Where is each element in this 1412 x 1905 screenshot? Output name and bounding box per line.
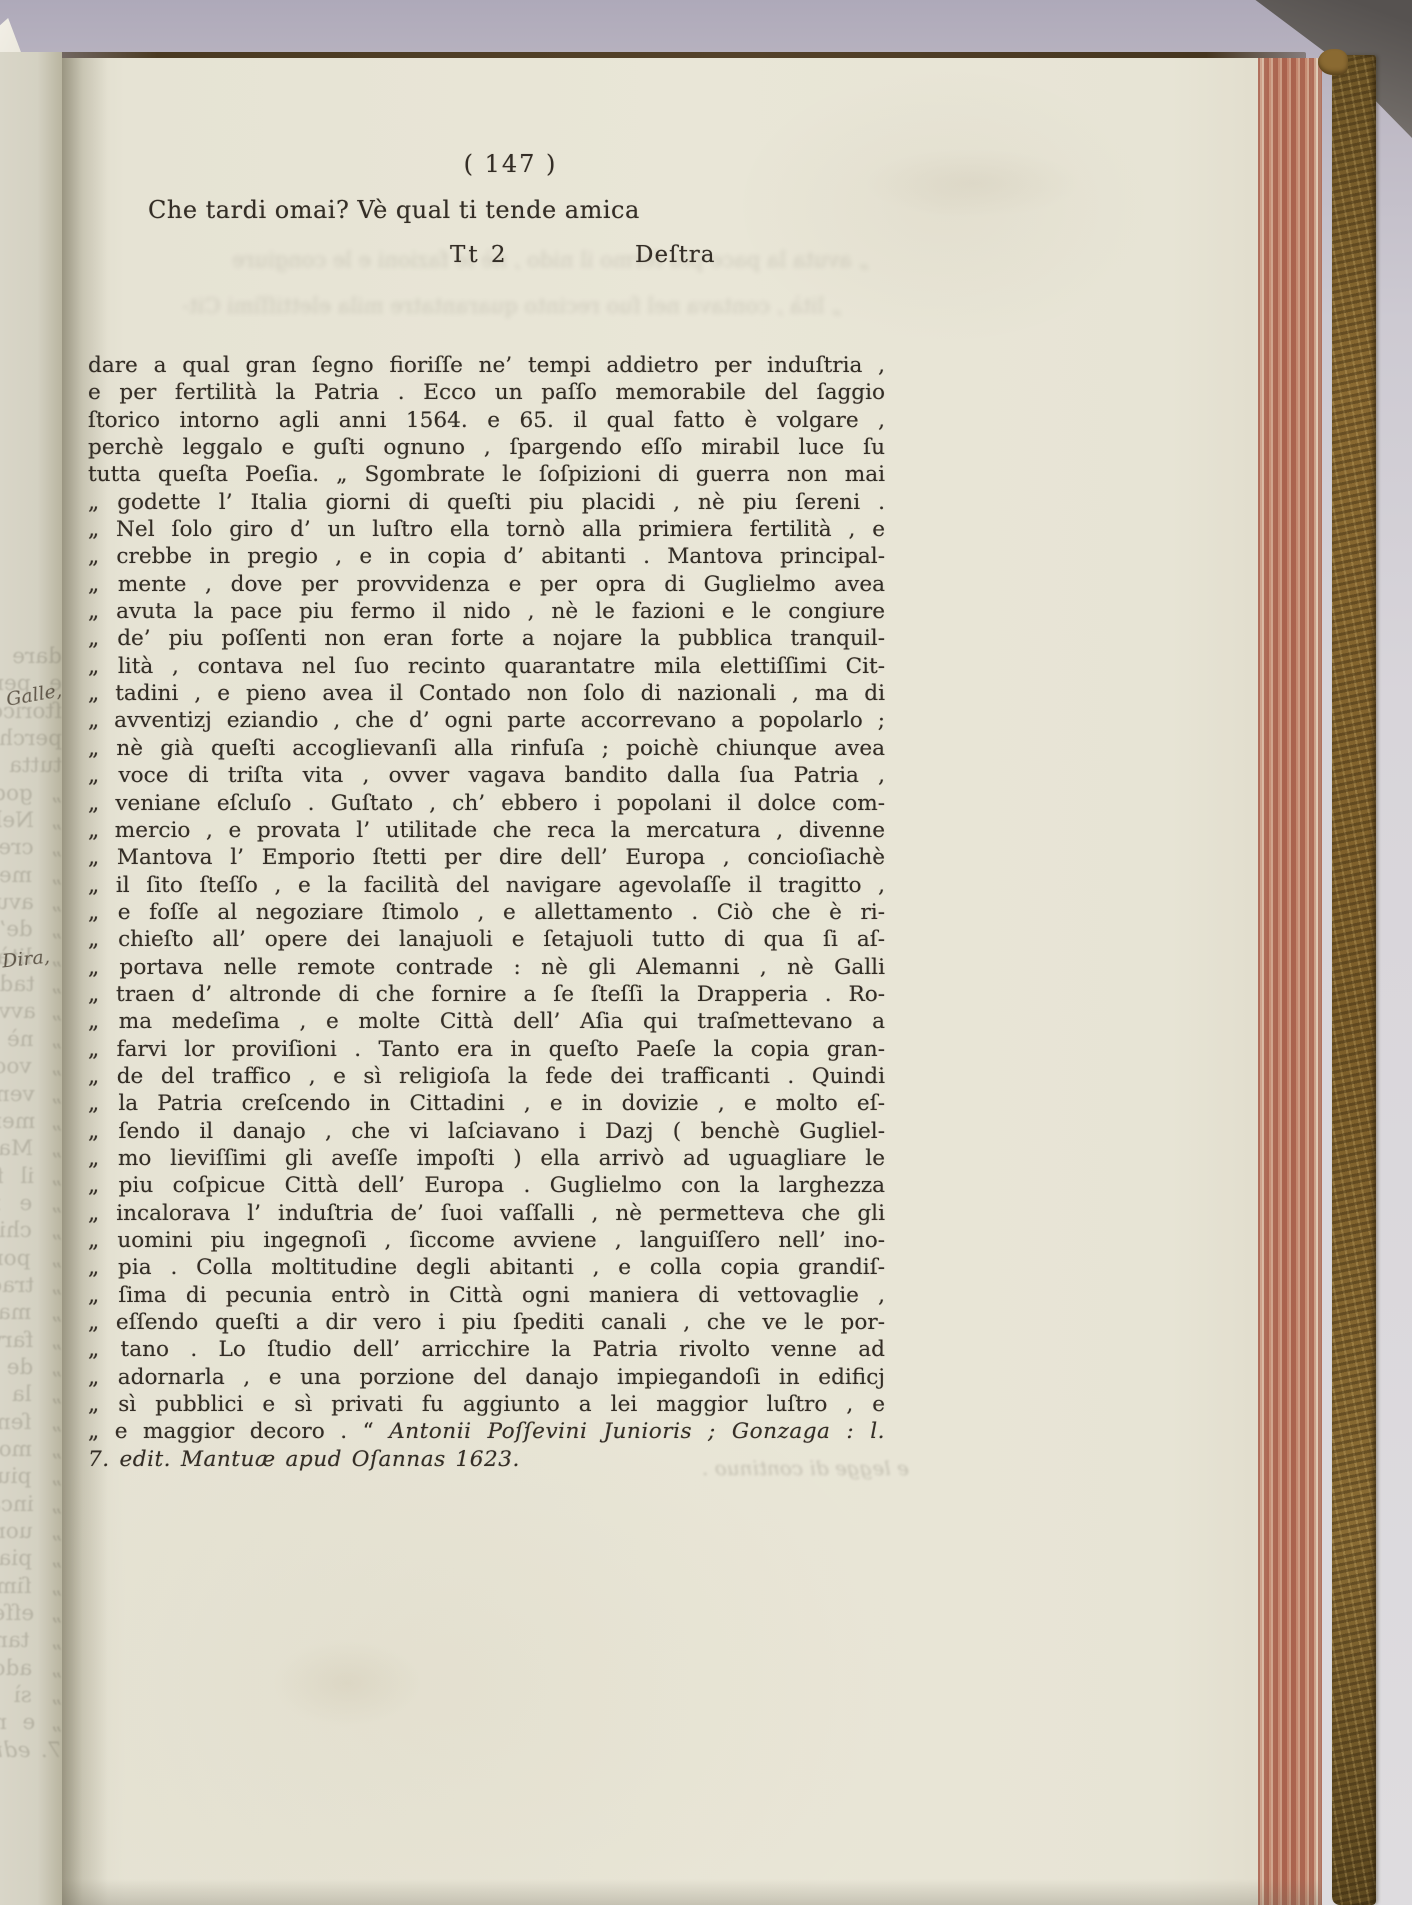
text-segment: „ veniane eſcluſo . Guſtato , ch’ ebbero… <box>0 1082 62 1107</box>
text-line: „ la Patria creſcendo in Cittadini , e i… <box>88 1090 885 1117</box>
page-number: ( 147 ) <box>88 150 909 178</box>
text-segment: „ crebbe in pregio , e in copia d’ abita… <box>0 835 62 860</box>
text-segment: „ mo lieviſſimi gli aveſſe impoſti ) ell… <box>88 1146 885 1171</box>
leather-board-edge <box>1332 55 1376 1905</box>
text-line: „ crebbe in pregio , e in copia d’ abita… <box>88 543 885 570</box>
text-segment: „ uomini piu ingegnoſi , ſiccome avviene… <box>0 1519 62 1544</box>
text-line: „ adornarla , e una porzione del danajo … <box>0 1655 62 1682</box>
text-line: ſtorico intorno agli anni 1564. e 65. il… <box>88 407 885 434</box>
text-segment: „ tano . Lo ſtudio dell’ arricchire la P… <box>88 1337 885 1362</box>
text-segment: „ crebbe in pregio , e in copia d’ abita… <box>88 544 885 569</box>
text-line: „ mo lieviſſimi gli aveſſe impoſti ) ell… <box>0 1436 62 1463</box>
text-line: „ nè già queſti accoglievanſi alla rinfu… <box>88 735 885 762</box>
text-line: „ avventizj eziandio , che d’ ogni parte… <box>0 998 62 1025</box>
text-segment: „ il ſito ſteſſo , e la facilità del nav… <box>88 873 885 898</box>
text-segment: „ adornarla , e una porzione del danajo … <box>88 1365 885 1390</box>
text-segment: „ e maggior decoro . “ <box>88 1419 389 1444</box>
text-line: „ tano . Lo ſtudio dell’ arricchire la P… <box>0 1627 62 1654</box>
book-page: „ avuta la pace piu fermo il nido , nè l… <box>62 58 1322 1905</box>
text-line: tutta queſta Poeſia. „ Sgombrate le ſoſp… <box>88 461 885 488</box>
text-line: „ godette l’ Italia giorni di queſti piu… <box>88 489 885 516</box>
text-line: „ avuta la pace piu fermo il nido , nè l… <box>0 889 62 916</box>
text-line: „ mente , dove per provvidenza e per opr… <box>0 862 62 889</box>
text-segment: „ adornarla , e una porzione del danajo … <box>0 1656 62 1681</box>
text-line: „ godette l’ Italia giorni di queſti piu… <box>0 780 62 807</box>
text-line: „ portava nelle remote contrade : nè gli… <box>88 954 885 981</box>
text-segment: „ avuta la pace piu fermo il nido , nè l… <box>88 599 885 624</box>
text-segment: „ tadini , e pieno avea il Contado non ſ… <box>88 681 885 706</box>
text-line: „ pia . Colla moltitudine degli abitanti… <box>0 1545 62 1572</box>
citation-text: 7. edit. Mantuæ apud Oſannas 1623. <box>88 1447 520 1472</box>
text-segment: tutta queſta Poeſia. „ Sgombrate le ſoſp… <box>0 753 62 778</box>
text-segment: „ nè già queſti accoglievanſi alla rinfu… <box>88 736 885 761</box>
text-segment: „ sì pubblici e sì privati fu aggiunto a… <box>88 1392 885 1417</box>
text-line: „ e maggior decoro . “ Antonii Poſſevini… <box>0 1709 62 1736</box>
text-line: „ ſendo il danajo , che vi laſciavano i … <box>88 1118 885 1145</box>
citation-text: Antonii Poſſevini Junioris ; Gonzaga : l… <box>389 1419 885 1444</box>
text-line: „ e foſſe al negoziare ſtimolo , e allet… <box>88 899 885 926</box>
text-segment: dare a qual gran ſegno fioriſſe ne’ temp… <box>0 644 62 669</box>
text-line: „ farvi lor proviſioni . Tanto era in qu… <box>0 1327 62 1354</box>
text-line: „ Mantova l’ Emporio ſtetti per dire del… <box>0 1135 62 1162</box>
text-line: „ voce di triſta vita , ovver vagava ban… <box>88 762 885 789</box>
text-segment: „ incalorava l’ induſtria de’ ſuoi vaſſa… <box>88 1201 885 1226</box>
text-line: „ traen d’ altronde di che fornire a ſe … <box>88 981 885 1008</box>
text-segment: „ mercio , e provata l’ utilitade che re… <box>0 1109 62 1134</box>
text-line: „ eſſendo queſti a dir vero i piu ſpedit… <box>0 1600 62 1627</box>
text-line: dare a qual gran ſegno fioriſſe ne’ temp… <box>0 643 62 670</box>
text-line: „ chieſto all’ opere dei lanajuoli e ſet… <box>88 926 885 953</box>
text-line: „ de’ piu poſſenti non eran forte a noja… <box>0 916 62 943</box>
text-segment: „ piu coſpicue Città dell’ Europa . Gugl… <box>88 1173 885 1198</box>
text-segment: „ pia . Colla moltitudine degli abitanti… <box>0 1546 62 1571</box>
text-segment: „ portava nelle remote contrade : nè gli… <box>0 1246 62 1271</box>
bleedthrough-text: „ lità , contava nel ſuo recinto quarant… <box>182 294 842 318</box>
citation-text: 7. edit. Mantuæ apud Oſannas 1623. <box>0 1738 62 1763</box>
text-line: perchè leggalo e guſti ognuno , ſpargend… <box>0 725 62 752</box>
text-line: „ adornarla , e una porzione del danajo … <box>88 1364 885 1391</box>
text-line: „ il ſito ſteſſo , e la facilità del nav… <box>88 872 885 899</box>
text-segment: „ traen d’ altronde di che fornire a ſe … <box>88 982 885 1007</box>
text-line: tutta queſta Poeſia. „ Sgombrate le ſoſp… <box>0 752 62 779</box>
text-segment: „ eſſendo queſti a dir vero i piu ſpedit… <box>88 1310 885 1335</box>
text-segment: „ godette l’ Italia giorni di queſti piu… <box>88 490 885 515</box>
text-line: „ mercio , e provata l’ utilitade che re… <box>0 1108 62 1135</box>
text-segment: „ traen d’ altronde di che fornire a ſe … <box>0 1273 62 1298</box>
text-segment: „ de’ piu poſſenti non eran forte a noja… <box>0 917 62 942</box>
text-segment: „ de del traffico , e sì religioſa la fe… <box>88 1064 885 1089</box>
text-line: „ veniane eſcluſo . Guſtato , ch’ ebbero… <box>0 1081 62 1108</box>
text-segment: „ tadini , e pieno avea il Contado non ſ… <box>0 972 62 997</box>
text-segment: „ chieſto all’ opere dei lanajuoli e ſet… <box>0 1218 62 1243</box>
text-line: „ uomini piu ingegnoſi , ſiccome avviene… <box>88 1227 885 1254</box>
text-line: „ mente , dove per provvidenza e per opr… <box>88 571 885 598</box>
text-line: „ ſima di pecunia entrò in Città ogni ma… <box>0 1573 62 1600</box>
text-line: „ tano . Lo ſtudio dell’ arricchire la P… <box>88 1336 885 1363</box>
text-line: 7. edit. Mantuæ apud Oſannas 1623. <box>0 1737 62 1764</box>
text-line: perchè leggalo e guſti ognuno , ſpargend… <box>88 434 885 461</box>
text-segment: „ sì pubblici e sì privati fu aggiunto a… <box>0 1683 62 1708</box>
text-line: „ mercio , e provata l’ utilitade che re… <box>88 817 885 844</box>
text-line: „ ſendo il danajo , che vi laſciavano i … <box>0 1409 62 1436</box>
text-line: „ avuta la pace piu fermo il nido , nè l… <box>88 598 885 625</box>
text-segment: „ avuta la pace piu fermo il nido , nè l… <box>0 890 62 915</box>
text-segment: perchè leggalo e guſti ognuno , ſpargend… <box>0 726 62 751</box>
text-segment: „ ma medeſima , e molte Città dell’ Aſia… <box>0 1300 62 1325</box>
text-segment: „ portava nelle remote contrade : nè gli… <box>88 955 885 980</box>
text-line: „ sì pubblici e sì privati fu aggiunto a… <box>88 1391 885 1418</box>
text-segment: „ la Patria creſcendo in Cittadini , e i… <box>88 1091 885 1116</box>
book-photo: { "page": { "number_display": "( 147 )",… <box>0 0 1412 1905</box>
text-line: „ e foſſe al negoziare ſtimolo , e allet… <box>0 1190 62 1217</box>
text-segment: „ mo lieviſſimi gli aveſſe impoſti ) ell… <box>0 1437 62 1462</box>
text-line: „ incalorava l’ induſtria de’ ſuoi vaſſa… <box>88 1200 885 1227</box>
text-line: e per fertilità la Patria . Ecco un paſſ… <box>88 379 885 406</box>
text-segment: „ e foſſe al negoziare ſtimolo , e allet… <box>88 900 885 925</box>
text-line: „ Mantova l’ Emporio ſtetti per dire del… <box>88 844 885 871</box>
text-segment: „ pia . Colla moltitudine degli abitanti… <box>88 1255 885 1280</box>
text-line: „ pia . Colla moltitudine degli abitanti… <box>88 1254 885 1281</box>
text-line: „ la Patria creſcendo in Cittadini , e i… <box>0 1381 62 1408</box>
text-line: „ avventizj eziandio , che d’ ogni parte… <box>88 707 885 734</box>
text-line: „ portava nelle remote contrade : nè gli… <box>0 1245 62 1272</box>
text-line: „ Nel ſolo giro d’ un luſtro ella tornò … <box>0 807 62 834</box>
text-segment: „ ſendo il danajo , che vi laſciavano i … <box>0 1410 62 1435</box>
text-line: „ crebbe in pregio , e in copia d’ abita… <box>0 834 62 861</box>
text-line: „ e maggior decoro . “ Antonii Poſſevini… <box>88 1418 885 1445</box>
facing-page-sliver: dare a qual gran ſegno fioriſſe ne’ temp… <box>0 52 62 1905</box>
fore-edge-pages <box>1258 58 1322 1905</box>
text-segment: „ voce di triſta vita , ovver vagava ban… <box>0 1054 62 1079</box>
text-segment: e per fertilità la Patria . Ecco un paſſ… <box>88 380 885 405</box>
text-segment: „ ſima di pecunia entrò in Città ogni ma… <box>0 1574 62 1599</box>
text-segment: „ de’ piu poſſenti non eran forte a noja… <box>88 626 885 651</box>
text-line: „ eſſendo queſti a dir vero i piu ſpedit… <box>88 1309 885 1336</box>
text-segment: „ lità , contava nel ſuo recinto quarant… <box>88 654 885 679</box>
text-line: „ mo lieviſſimi gli aveſſe impoſti ) ell… <box>88 1145 885 1172</box>
text-segment: „ Mantova l’ Emporio ſtetti per dire del… <box>88 845 885 870</box>
text-line: „ incalorava l’ induſtria de’ ſuoi vaſſa… <box>0 1491 62 1518</box>
text-segment: „ Mantova l’ Emporio ſtetti per dire del… <box>0 1136 62 1161</box>
text-line: „ farvi lor proviſioni . Tanto era in qu… <box>88 1036 885 1063</box>
text-line: „ ma medeſima , e molte Città dell’ Aſia… <box>88 1008 885 1035</box>
text-segment: „ piu coſpicue Città dell’ Europa . Gugl… <box>0 1464 62 1489</box>
text-segment: dare a qual gran ſegno fioriſſe ne’ temp… <box>88 353 885 378</box>
text-segment: „ uomini piu ingegnoſi , ſiccome avviene… <box>88 1228 885 1253</box>
text-segment: „ veniane eſcluſo . Guſtato , ch’ ebbero… <box>88 791 885 816</box>
text-segment: „ godette l’ Italia giorni di queſti piu… <box>0 781 62 806</box>
text-segment: „ de del traffico , e sì religioſa la fe… <box>0 1355 62 1380</box>
text-segment: „ mente , dove per provvidenza e per opr… <box>88 572 885 597</box>
text-segment: „ incalorava l’ induſtria de’ ſuoi vaſſa… <box>0 1492 62 1517</box>
text-segment: „ Nel ſolo giro d’ un luſtro ella tornò … <box>0 808 62 833</box>
verse-line: Che tardi omai? Vè qual ti tende amica <box>148 196 640 224</box>
text-line: „ veniane eſcluſo . Guſtato , ch’ ebbero… <box>88 790 885 817</box>
text-segment: „ farvi lor proviſioni . Tanto era in qu… <box>0 1328 62 1353</box>
text-line: „ sì pubblici e sì privati fu aggiunto a… <box>0 1682 62 1709</box>
text-segment: „ ſendo il danajo , che vi laſciavano i … <box>88 1119 885 1144</box>
text-segment: „ chieſto all’ opere dei lanajuoli e ſet… <box>88 927 885 952</box>
text-line: „ de del traffico , e sì religioſa la fe… <box>0 1354 62 1381</box>
text-segment: „ farvi lor proviſioni . Tanto era in qu… <box>88 1037 885 1062</box>
text-segment: „ mente , dove per provvidenza e per opr… <box>0 863 62 888</box>
text-line: „ piu coſpicue Città dell’ Europa . Gugl… <box>0 1463 62 1490</box>
text-line: 7. edit. Mantuæ apud Oſannas 1623. <box>88 1446 885 1473</box>
text-line: „ uomini piu ingegnoſi , ſiccome avviene… <box>0 1518 62 1545</box>
text-line: „ traen d’ altronde di che fornire a ſe … <box>0 1272 62 1299</box>
text-segment: perchè leggalo e guſti ognuno , ſpargend… <box>88 435 885 460</box>
text-segment: „ e maggior decoro . “ <box>0 1710 62 1735</box>
text-line: „ piu coſpicue Città dell’ Europa . Gugl… <box>88 1172 885 1199</box>
text-line: „ nè già queſti accoglievanſi alla rinfu… <box>0 1026 62 1053</box>
text-line: „ tadini , e pieno avea il Contado non ſ… <box>0 971 62 998</box>
text-line: „ voce di triſta vita , ovver vagava ban… <box>0 1053 62 1080</box>
text-segment: „ eſſendo queſti a dir vero i piu ſpedit… <box>0 1601 62 1626</box>
text-segment: „ nè già queſti accoglievanſi alla rinfu… <box>0 1027 62 1052</box>
text-segment: „ mercio , e provata l’ utilitade che re… <box>88 818 885 843</box>
text-line: „ de’ piu poſſenti non eran forte a noja… <box>88 625 885 652</box>
bleedthrough-text: „ avuta la pace piu fermo il nido , nè l… <box>232 248 869 272</box>
text-segment: „ ſima di pecunia entrò in Città ogni ma… <box>88 1283 885 1308</box>
text-segment: „ avventizj eziandio , che d’ ogni parte… <box>0 999 62 1024</box>
body-text: dare a qual gran ſegno fioriſſe ne’ temp… <box>88 352 885 1473</box>
text-segment: „ tano . Lo ſtudio dell’ arricchire la P… <box>0 1628 62 1653</box>
text-segment: tutta queſta Poeſia. „ Sgombrate le ſoſp… <box>88 462 885 487</box>
text-line: „ il ſito ſteſſo , e la facilità del nav… <box>0 1163 62 1190</box>
text-line: dare a qual gran ſegno fioriſſe ne’ temp… <box>88 352 885 379</box>
text-segment: „ avventizj eziandio , che d’ ogni parte… <box>88 708 885 733</box>
text-segment: „ ma medeſima , e molte Città dell’ Aſia… <box>88 1009 885 1034</box>
text-line: „ tadini , e pieno avea il Contado non ſ… <box>88 680 885 707</box>
signature-mark: Tt 2 <box>450 242 509 268</box>
text-line: „ lità , contava nel ſuo recinto quarant… <box>88 653 885 680</box>
text-segment: „ la Patria creſcendo in Cittadini , e i… <box>0 1382 62 1407</box>
text-segment: „ il ſito ſteſſo , e la facilità del nav… <box>0 1164 62 1189</box>
text-line: „ de del traffico , e sì religioſa la fe… <box>88 1063 885 1090</box>
text-line: „ ſima di pecunia entrò in Città ogni ma… <box>88 1282 885 1309</box>
body-text: dare a qual gran ſegno fioriſſe ne’ temp… <box>0 643 62 1764</box>
paper-stain <box>272 1638 422 1728</box>
catchword: Deſtra <box>635 242 716 268</box>
text-segment: „ voce di triſta vita , ovver vagava ban… <box>88 763 885 788</box>
text-segment: ſtorico intorno agli anni 1564. e 65. il… <box>88 408 885 433</box>
text-segment: „ Nel ſolo giro d’ un luſtro ella tornò … <box>88 517 885 542</box>
text-line: „ ma medeſima , e molte Città dell’ Aſia… <box>0 1299 62 1326</box>
text-segment: „ e foſſe al negoziare ſtimolo , e allet… <box>0 1191 62 1216</box>
text-line: „ chieſto all’ opere dei lanajuoli e ſet… <box>0 1217 62 1244</box>
text-line: „ Nel ſolo giro d’ un luſtro ella tornò … <box>88 516 885 543</box>
